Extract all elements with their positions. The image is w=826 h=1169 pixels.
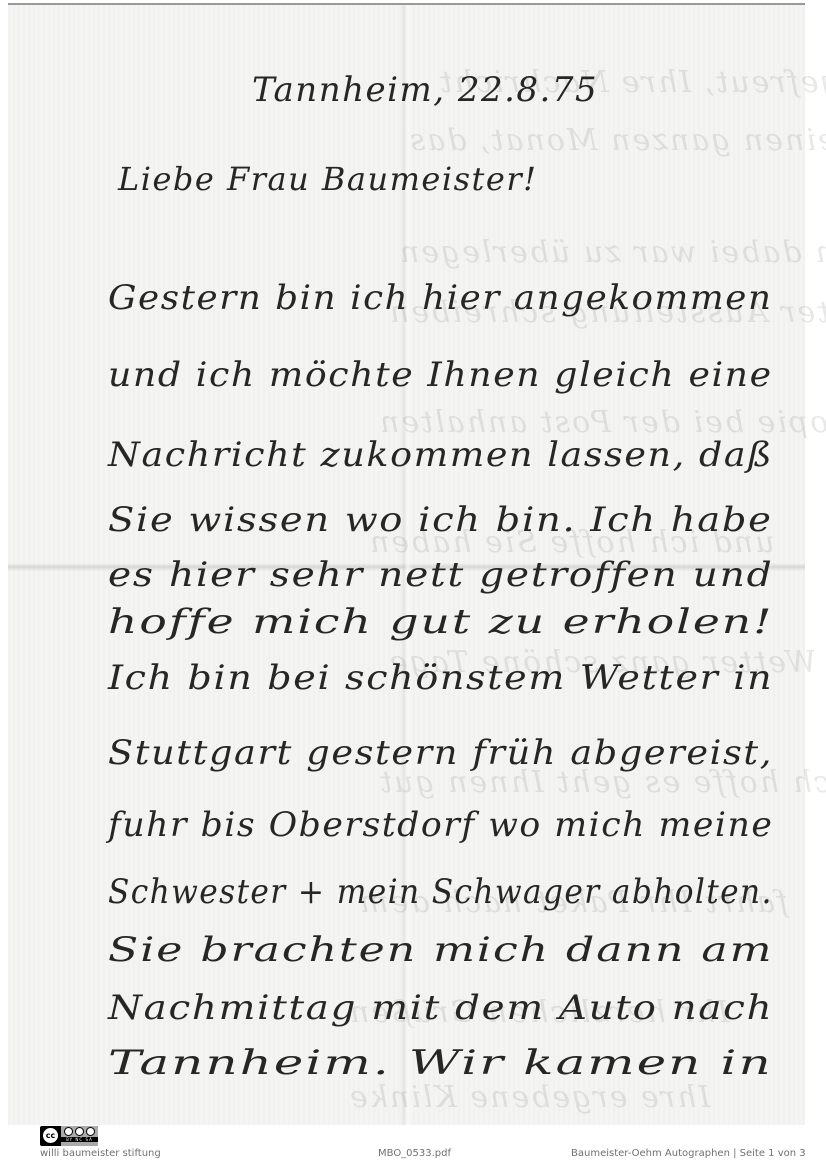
footer-filename: MBO_0533.pdf xyxy=(378,1148,451,1159)
letter-line: es hier sehr nett getroffen und xyxy=(108,555,773,595)
letter-salutation: Liebe Frau Baumeister! xyxy=(118,160,537,198)
footer-collection-page: Baumeister-Oehm Autographen | Seite 1 vo… xyxy=(571,1148,806,1159)
letter-line: und ich möchte Ihnen gleich eine xyxy=(108,355,773,395)
letter-line: Sie wissen wo ich bin. Ich habe xyxy=(108,500,773,540)
letter-line: Nachricht zukommen lassen, daß xyxy=(108,435,773,475)
license-label-by: BY xyxy=(66,1137,73,1142)
noncommercial-icon xyxy=(75,1127,84,1136)
bleed-through-text: Ihre ergebene Klinke xyxy=(348,1080,710,1115)
letter-line: Schwester + mein Schwager abholten. xyxy=(108,872,773,912)
letter-line: Gestern bin ich hier angekommen xyxy=(108,278,772,318)
letter-line: Nachmittag mit dem Auto nach xyxy=(108,988,773,1028)
letter-line: Tannheim. Wir kamen in xyxy=(108,1043,773,1083)
letter-line: Sie brachten mich dann am xyxy=(108,930,773,970)
license-label-sa: SA xyxy=(85,1137,92,1142)
sharealike-icon xyxy=(86,1127,95,1136)
letter-line: Ich bin bei schönstem Wetter in xyxy=(108,658,773,698)
footer-organization: willi baumeister stiftung xyxy=(40,1148,161,1159)
letter-line: Stuttgart gestern früh abgereist, xyxy=(108,733,773,773)
cc-by-nc-sa-icon: cc BY NC SA xyxy=(40,1126,98,1146)
bleed-through-text: da ich dabei war zu überlegen xyxy=(398,235,826,270)
letter-line: fuhr bis Oberstdorf wo mich meine xyxy=(108,805,773,845)
letter-line: hoffe mich gut zu erholen! xyxy=(108,602,774,642)
letter-place-date: Tannheim, 22.8.75 xyxy=(252,70,598,110)
cc-logo-icon: cc xyxy=(42,1127,59,1144)
attribution-icon xyxy=(64,1127,73,1136)
license-label-nc: NC xyxy=(75,1137,83,1142)
bleed-through-text: noch einen ganzen Monat, das xyxy=(408,123,826,158)
